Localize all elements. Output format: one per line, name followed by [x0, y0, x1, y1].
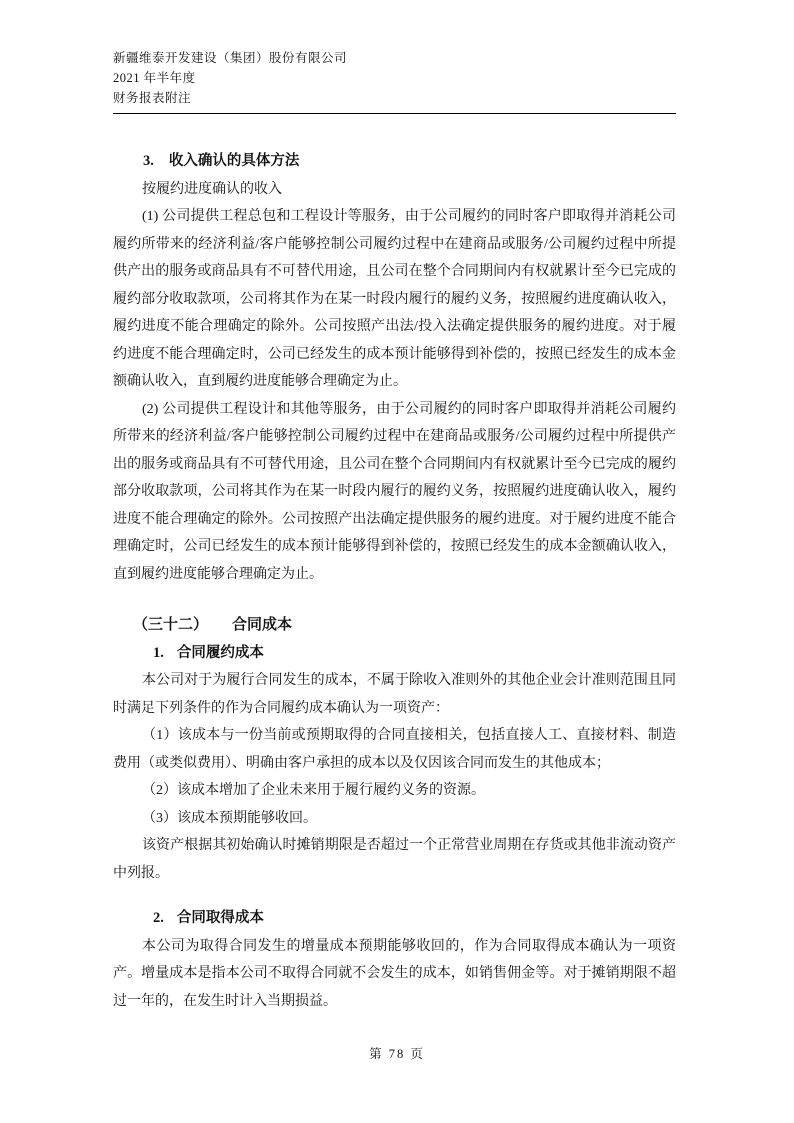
paragraph-performance-cost-intro: 本公司对于为履行合同发生的成本，不属于除收入准则外的其他企业会计准则范围且同时满…	[113, 667, 676, 722]
page-header: 新疆维泰开发建设（集团）股份有限公司 2021 年半年度 财务报表附注	[113, 48, 676, 114]
paragraph-condition-1: （1）该成本与一份当前或预期取得的合同直接相关，包括直接人工、直接材料、制造费用…	[113, 722, 676, 777]
heading-revenue-method: 3. 收入确认的具体方法	[113, 148, 676, 176]
document-body: 3. 收入确认的具体方法 按履约进度确认的收入 (1) 公司提供工程总包和工程设…	[113, 148, 676, 1015]
heading-contract-performance-cost: 1. 合同履约成本	[113, 640, 676, 668]
heading-number: （三十二）	[133, 612, 208, 640]
page-number: 第 78 页	[0, 1044, 794, 1062]
document-page: 新疆维泰开发建设（集团）股份有限公司 2021 年半年度 财务报表附注 3. 收…	[0, 0, 794, 1123]
header-divider	[113, 113, 676, 114]
heading-contract-cost: （三十二） 合同成本	[113, 612, 676, 640]
content-column: 新疆维泰开发建设（集团）股份有限公司 2021 年半年度 财务报表附注 3. 收…	[113, 48, 676, 1015]
report-period: 2021 年半年度	[113, 68, 676, 88]
paragraph-revenue-2: (2) 公司提供工程设计和其他等服务，由于公司履约的同时客户即取得并消耗公司履约…	[113, 396, 676, 589]
heading-title: 收入确认的具体方法	[169, 148, 300, 176]
heading-title: 合同取得成本	[177, 905, 264, 933]
paragraph-asset-presentation: 该资产根据其初始确认时摊销期限是否超过一个正常营业周期在存货或其他非流动资产中列…	[113, 832, 676, 887]
paragraph-revenue-1: (1) 公司提供工程总包和工程设计等服务，由于公司履约的同时客户即取得并消耗公司…	[113, 203, 676, 396]
company-name: 新疆维泰开发建设（集团）股份有限公司	[113, 48, 676, 68]
heading-number: 3.	[143, 148, 154, 176]
heading-number: 1.	[153, 640, 164, 668]
paragraph-condition-3: （3）该成本预期能够收回。	[113, 805, 676, 833]
paragraph-acquisition-cost: 本公司为取得合同发生的增量成本预期能够收回的，作为合同取得成本确认为一项资产。增…	[113, 933, 676, 1016]
paragraph-condition-2: （2）该成本增加了企业未来用于履行履约义务的资源。	[113, 777, 676, 805]
document-title: 财务报表附注	[113, 88, 676, 108]
heading-title: 合同履约成本	[177, 640, 264, 668]
heading-title: 合同成本	[232, 612, 292, 640]
heading-contract-acquisition-cost: 2. 合同取得成本	[113, 905, 676, 933]
heading-number: 2.	[153, 905, 164, 933]
revenue-subheading: 按履约进度确认的收入	[113, 176, 676, 204]
